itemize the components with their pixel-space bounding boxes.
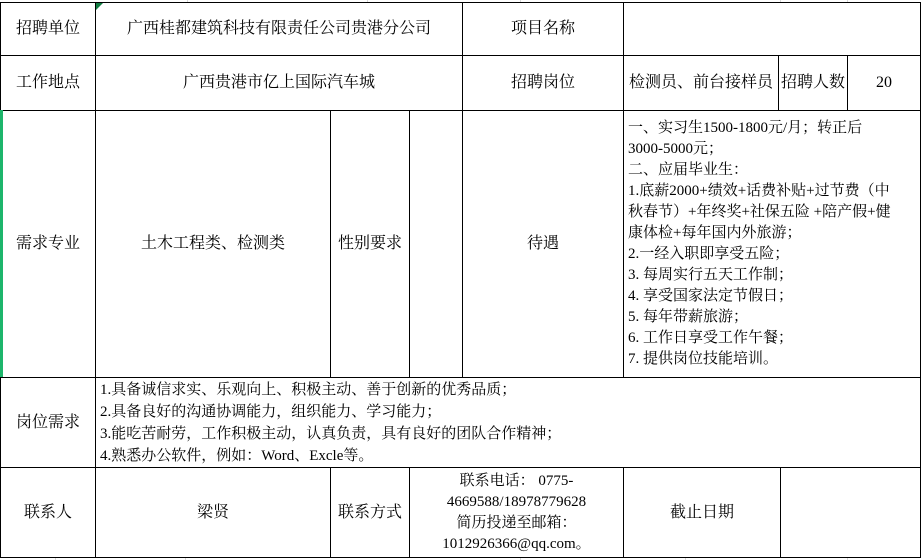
row-highlight-stripe bbox=[0, 110, 3, 377]
recruit-unit-label: 招聘单位 bbox=[16, 18, 80, 40]
cell-label-benefits[interactable]: 待遇 bbox=[462, 110, 624, 378]
cell-deadline-value[interactable] bbox=[780, 467, 921, 558]
cell-label-work-location[interactable]: 工作地点 bbox=[0, 55, 96, 111]
cell-positions-value[interactable]: 检测员、前台接样员 bbox=[623, 55, 779, 111]
error-flag-icon bbox=[96, 3, 103, 10]
cell-gender-value[interactable] bbox=[409, 110, 463, 378]
headcount-number: 20 bbox=[876, 72, 892, 94]
cell-work-location[interactable]: 广西贵港市亿上国际汽车城 bbox=[95, 55, 463, 111]
major-text: 土木工程类、检测类 bbox=[141, 233, 285, 255]
benefits-label: 待遇 bbox=[527, 233, 559, 255]
positions-label: 招聘岗位 bbox=[511, 72, 575, 94]
cell-requirements-value[interactable]: 1.具备诚信求实、乐观向上、积极主动、善于创新的优秀品质； 2.具备良好的沟通协… bbox=[95, 377, 921, 468]
cell-contact-person-value[interactable]: 梁贤 bbox=[95, 467, 331, 558]
benefits-text: 一、实习生1500-1800元/月；转正后 3000-5000元； 二、应届毕业… bbox=[628, 118, 891, 370]
deadline-label: 截止日期 bbox=[670, 502, 734, 524]
requirements-label: 岗位需求 bbox=[16, 412, 80, 434]
cell-contact-info[interactable]: 联系电话： 0775- 4669588/18978779628 简历投递至邮箱：… bbox=[409, 467, 624, 558]
cell-label-positions[interactable]: 招聘岗位 bbox=[462, 55, 624, 111]
cell-headcount-value[interactable]: 20 bbox=[847, 55, 921, 111]
gender-label: 性别要求 bbox=[338, 233, 402, 255]
cell-company-name[interactable]: 广西桂都建筑科技有限责任公司贵港分公司 bbox=[95, 2, 463, 56]
company-name-text: 广西桂都建筑科技有限责任公司贵港分公司 bbox=[127, 18, 431, 40]
requirements-text: 1.具备诚信求实、乐观向上、积极主动、善于创新的优秀品质； 2.具备良好的沟通协… bbox=[100, 379, 561, 467]
headcount-label: 招聘人数 bbox=[781, 72, 845, 94]
cell-label-requirements[interactable]: 岗位需求 bbox=[0, 377, 96, 468]
cell-label-contact-method[interactable]: 联系方式 bbox=[330, 467, 410, 558]
contact-person-label: 联系人 bbox=[24, 502, 72, 524]
cell-label-project-name[interactable]: 项目名称 bbox=[462, 2, 624, 56]
cell-label-headcount[interactable]: 招聘人数 bbox=[778, 55, 848, 111]
work-location-label: 工作地点 bbox=[16, 72, 80, 94]
project-name-label: 项目名称 bbox=[511, 18, 575, 40]
cell-label-major[interactable]: 需求专业 bbox=[0, 110, 96, 378]
cell-label-contact-person[interactable]: 联系人 bbox=[0, 467, 96, 558]
cell-project-name-value[interactable] bbox=[623, 2, 921, 56]
contact-person-name: 梁贤 bbox=[197, 502, 229, 524]
spreadsheet-table: 招聘单位 广西桂都建筑科技有限责任公司贵港分公司 项目名称 工作地点 广西贵港市… bbox=[0, 0, 922, 560]
positions-text: 检测员、前台接样员 bbox=[629, 72, 773, 94]
cell-label-gender[interactable]: 性别要求 bbox=[330, 110, 410, 378]
contact-info-text: 联系电话： 0775- 4669588/18978779628 简历投递至邮箱：… bbox=[442, 471, 590, 555]
cell-benefits-value[interactable]: 一、实习生1500-1800元/月；转正后 3000-5000元； 二、应届毕业… bbox=[623, 110, 921, 378]
cell-label-recruit-unit[interactable]: 招聘单位 bbox=[0, 2, 96, 56]
cell-major-value[interactable]: 土木工程类、检测类 bbox=[95, 110, 331, 378]
contact-method-label: 联系方式 bbox=[338, 502, 402, 524]
major-label: 需求专业 bbox=[16, 233, 80, 255]
work-location-text: 广西贵港市亿上国际汽车城 bbox=[183, 72, 375, 94]
cell-label-deadline[interactable]: 截止日期 bbox=[623, 467, 781, 558]
